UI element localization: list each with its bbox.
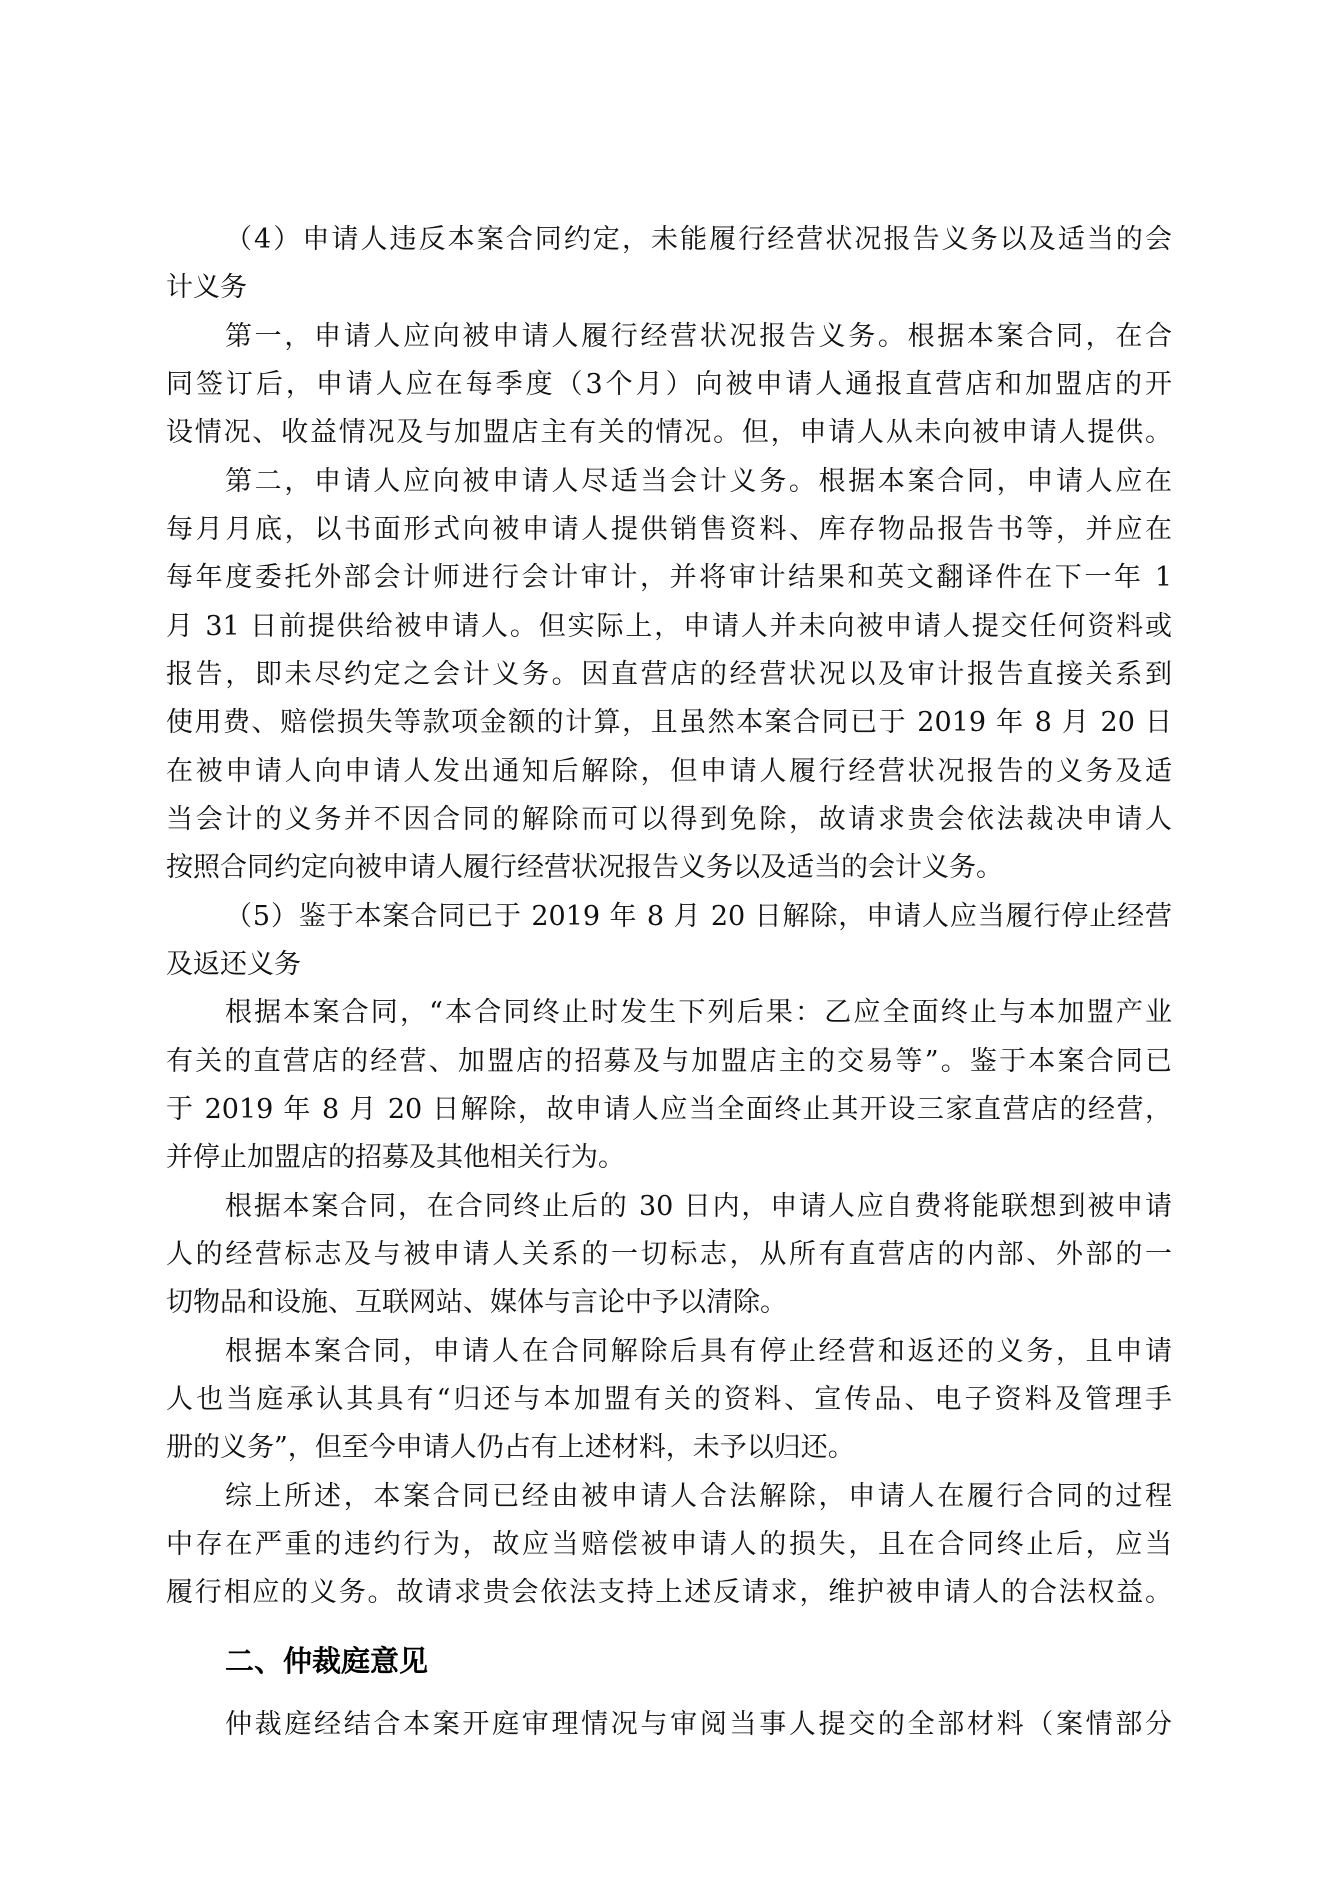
paragraph-line: 中存在严重的违约行为，故应当赔偿被申请人的损失，且在合同终止后，应当: [166, 1527, 1172, 1563]
paragraph-line: 每年度委托外部会计师进行会计审计，并将审计结果和英文翻译件在下一年 1: [166, 560, 1172, 596]
paragraph-line: 根据本案合同，申请人在合同解除后具有停止经营和返还的义务，且申请: [225, 1334, 1172, 1370]
paragraph-line: 于 2019 年 8 月 20 日解除，故申请人应当全面终止其开设三家直营店的经…: [166, 1092, 1172, 1128]
paragraph-line: 按照合同约定向被申请人履行经营状况报告义务以及适当的会计义务。: [166, 850, 1172, 886]
paragraph-line: 第一，申请人应向被申请人履行经营状况报告义务。根据本案合同，在合: [225, 319, 1172, 355]
paragraph-line: 并停止加盟店的招募及其他相关行为。: [166, 1140, 1172, 1176]
paragraph-line: 在被申请人向申请人发出通知后解除，但申请人履行经营状况报告的义务及适: [166, 754, 1172, 790]
paragraph-line: 月 31 日前提供给被申请人。但实际上，申请人并未向被申请人提交任何资料或: [166, 609, 1172, 645]
paragraph-line: 同签订后，申请人应在每季度（3个月）向被申请人通报直营店和加盟店的开: [166, 367, 1172, 403]
paragraph-line: 使用费、赔偿损失等款项金额的计算，且虽然本案合同已于 2019 年 8 月 20…: [166, 705, 1172, 741]
paragraph-line: 人也当庭承认其具有“归还与本加盟有关的资料、宣传品、电子资料及管理手: [166, 1382, 1172, 1418]
section-heading: 二、仲裁庭意见: [225, 1641, 428, 1681]
paragraph-line: 当会计的义务并不因合同的解除而可以得到免除，故请求贵会依法裁决申请人: [166, 802, 1172, 838]
paragraph-line: 切物品和设施、互联网站、媒体与言论中予以清除。: [166, 1285, 1172, 1321]
paragraph-line: 根据本案合同，“本合同终止时发生下列后果：乙应全面终止与本加盟产业: [225, 995, 1172, 1031]
paragraph-line: 册的义务”，但至今申请人仍占有上述材料，未予以归还。: [166, 1430, 1172, 1466]
paragraph-line: 履行相应的义务。故请求贵会依法支持上述反请求，维护被申请人的合法权益。: [166, 1575, 1172, 1611]
document-page: （4）申请人违反本案合同约定，未能履行经营状况报告义务以及适当的会计义务第一，申…: [0, 0, 1339, 1890]
paragraph-line: （5）鉴于本案合同已于 2019 年 8 月 20 日解除，申请人应当履行停止经…: [225, 899, 1172, 935]
paragraph-line: 人的经营标志及与被申请人关系的一切标志，从所有直营店的内部、外部的一: [166, 1237, 1172, 1273]
paragraph-line: 根据本案合同，在合同终止后的 30 日内，申请人应自费将能联想到被申请: [225, 1189, 1172, 1225]
paragraph-line: 报告，即未尽约定之会计义务。因直营店的经营状况以及审计报告直接关系到: [166, 657, 1172, 693]
paragraph-line: （4）申请人违反本案合同约定，未能履行经营状况报告义务以及适当的会: [225, 222, 1172, 258]
paragraph-line: 及返还义务: [166, 947, 1172, 983]
paragraph-line: 仲裁庭经结合本案开庭审理情况与审阅当事人提交的全部材料（案情部分: [225, 1707, 1172, 1743]
paragraph-line: 第二，申请人应向被申请人尽适当会计义务。根据本案合同，申请人应在: [225, 464, 1172, 500]
paragraph-line: 计义务: [166, 270, 1172, 306]
paragraph-line: 有关的直营店的经营、加盟店的招募及与加盟店主的交易等”。鉴于本案合同已: [166, 1044, 1172, 1080]
paragraph-line: 每月月底，以书面形式向被申请人提供销售资料、库存物品报告书等，并应在: [166, 512, 1172, 548]
paragraph-line: 设情况、收益情况及与加盟店主有关的情况。但，申请人从未向被申请人提供。: [166, 415, 1172, 451]
paragraph-line: 综上所述，本案合同已经由被申请人合法解除，申请人在履行合同的过程: [225, 1479, 1172, 1515]
